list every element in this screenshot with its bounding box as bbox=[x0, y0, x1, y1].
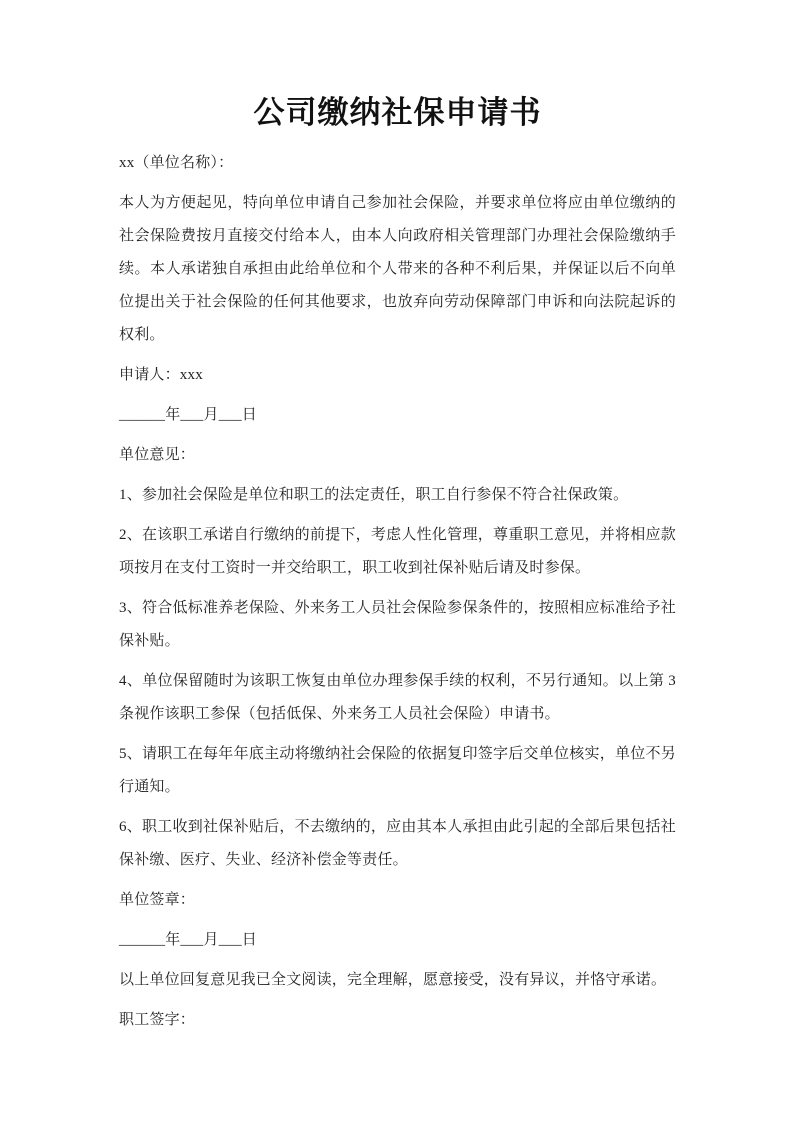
opinion-item-6: 6、职工收到社保补贴后，不去缴纳的，应由其本人承担由此引起的全部后果包括社保补缴… bbox=[119, 811, 676, 877]
document-title: 公司缴纳社保申请书 bbox=[119, 92, 676, 134]
applicant-line: 申请人：xxx bbox=[119, 359, 676, 392]
acceptance-statement: 以上单位回复意见我已全文阅读，完全理解，愿意接受，没有异议，并恪守承诺。 bbox=[119, 964, 676, 997]
unit-seal-label: 单位签章： bbox=[119, 884, 676, 917]
opinion-item-1: 1、参加社会保险是单位和职工的法定责任，职工自行参保不符合社保政策。 bbox=[119, 479, 676, 512]
intro-paragraph: 本人为方便起见，特向单位申请自己参加社会保险，并要求单位将应由单位缴纳的社会保险… bbox=[119, 187, 676, 352]
unit-opinion-heading: 单位意见： bbox=[119, 439, 676, 472]
unit-date-line: ______年___月___日 bbox=[119, 924, 676, 957]
salutation-line: xx（单位名称）： bbox=[119, 147, 676, 180]
employee-signature-label: 职工签字： bbox=[119, 1004, 676, 1037]
applicant-date-line: ______年___月___日 bbox=[119, 399, 676, 432]
opinion-item-4: 4、单位保留随时为该职工恢复由单位办理参保手续的权利，不另行通知。以上第 3 条… bbox=[119, 665, 676, 731]
opinion-item-5: 5、请职工在每年年底主动将缴纳社会保险的依据复印签字后交单位核实，单位不另行通知… bbox=[119, 738, 676, 804]
opinion-item-3: 3、符合低标准养老保险、外来务工人员社会保险参保条件的，按照相应标准给予社保补贴… bbox=[119, 592, 676, 658]
document-page: 公司缴纳社保申请书 xx（单位名称）： 本人为方便起见，特向单位申请自己参加社会… bbox=[0, 0, 793, 1122]
opinion-item-2: 2、在该职工承诺自行缴纳的前提下，考虑人性化管理，尊重职工意见，并将相应款项按月… bbox=[119, 519, 676, 585]
